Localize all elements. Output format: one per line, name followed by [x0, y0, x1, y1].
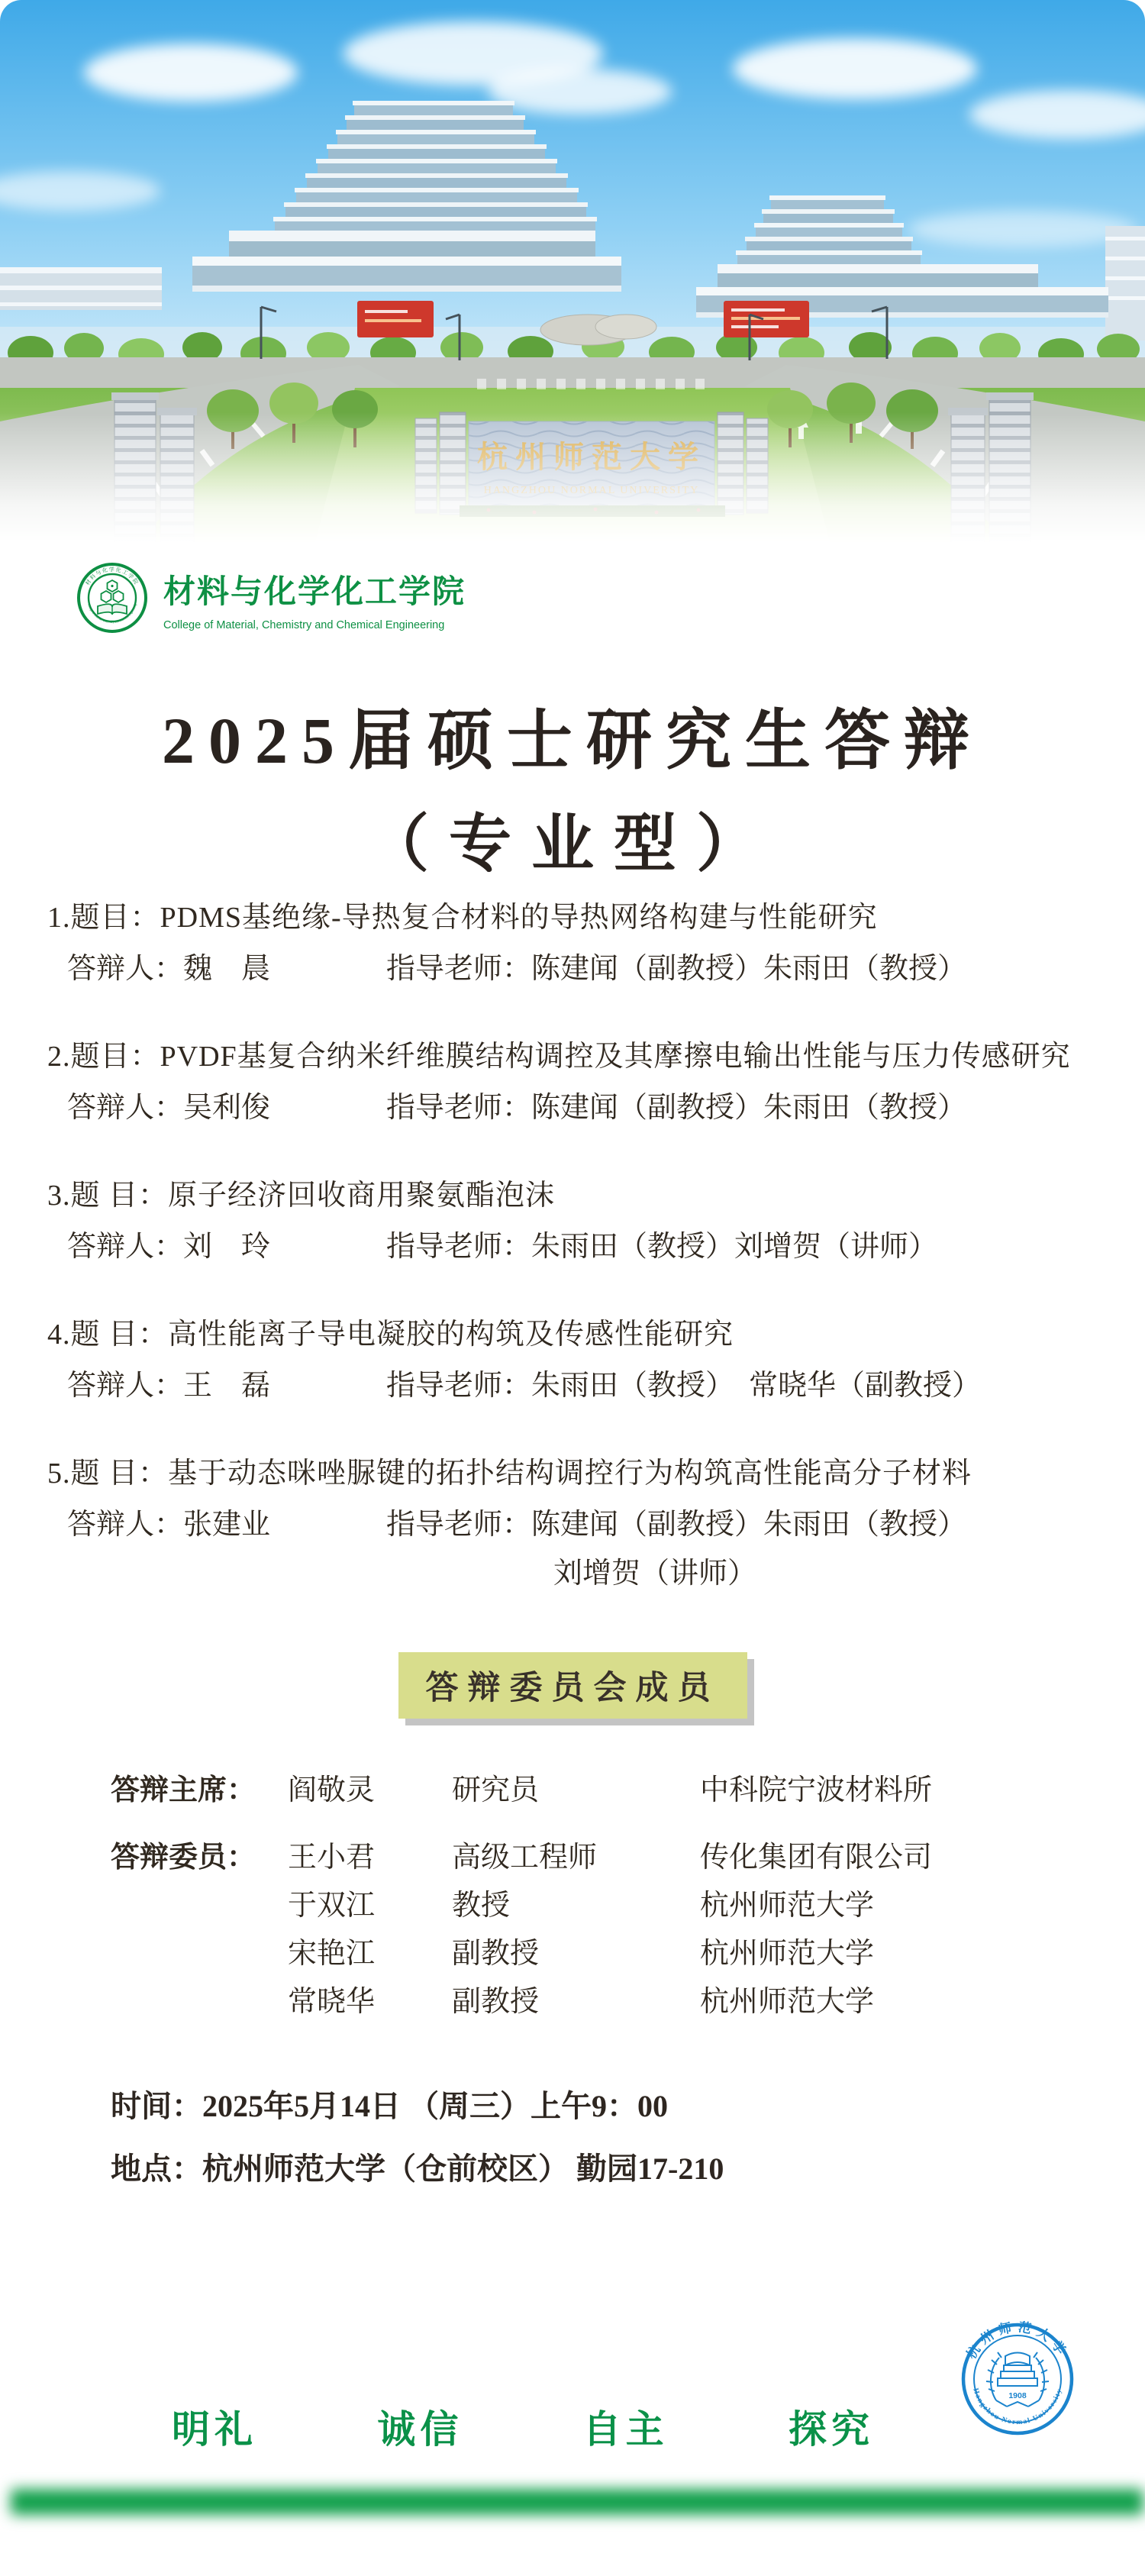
- open-book-icon: [98, 604, 127, 615]
- advisors-extra-line: 刘增贺（讲师）: [553, 1557, 1122, 1590]
- defender: 答辩人：张建业: [67, 1508, 386, 1541]
- motto-mingli: 明礼: [172, 2399, 257, 2454]
- topic-text: 基于动态咪唑脲键的拓扑结构调控行为构筑高性能高分子材料: [168, 1457, 972, 1490]
- member-name: 宋艳江: [288, 1938, 452, 1970]
- people-line: 答辩人：魏 晨 指导老师：陈建闻（副教授）朱雨田（教授）: [67, 952, 1122, 986]
- member-org: 杭州师范大学: [700, 1986, 874, 2018]
- chair-label: 答辩主席：: [111, 1774, 288, 1806]
- topic-line: 4.题 目：高性能离子导电凝胶的构筑及传感性能研究: [47, 1318, 1122, 1351]
- photo-fade: [0, 412, 1145, 580]
- member-name: 常晓华: [288, 1986, 452, 2018]
- committee-member-row: 常晓华 副教授 杭州师范大学: [111, 1986, 932, 2018]
- topic-line: 2.题目：PVDF基复合纳米纤维膜结构调控及其摩擦电输出性能与压力传感研究: [47, 1040, 1122, 1073]
- page-title-line1: 2025届硕士研究生答辩: [0, 687, 1145, 782]
- committee-table: 答辩主席： 阎敬灵 研究员 中科院宁波材料所 答辩委员： 王小君 高级工程师 传…: [111, 1774, 932, 2034]
- people-line: 答辩人：吴利俊 指导老师：陈建闻（副教授）朱雨田（教授）: [67, 1091, 1122, 1125]
- topic-label: 题 目：: [71, 1319, 169, 1351]
- defense-item-3: 3.题 目：原子经济回收商用聚氨酯泡沫 答辩人：刘 玲 指导老师：朱雨田（教授）…: [47, 1179, 1122, 1264]
- committee-member-row: 宋艳江 副教授 杭州师范大学: [111, 1938, 932, 1970]
- advisors: 指导老师：陈建闻（副教授）朱雨田（教授）: [386, 952, 966, 986]
- defender: 答辩人：王 磊: [67, 1369, 386, 1403]
- university-seal: 杭州师范大学 Hangzhou Normal University 1908: [960, 2321, 1076, 2437]
- college-logo: 材料与化学化工学院 College of Material, Chemistry…: [76, 562, 148, 634]
- defender: 答辩人：刘 玲: [67, 1230, 386, 1264]
- campus-photo-illustration: 杭州师范大学 HANGZHOU NORMAL UNIVERSITY: [0, 0, 1145, 580]
- topic-line: 3.题 目：原子经济回收商用聚氨酯泡沫: [47, 1179, 1122, 1212]
- building-far-left: [0, 267, 162, 310]
- defense-item-1: 1.题目：PDMS基绝缘-导热复合材料的导热网络构建与性能研究 答辩人：魏 晨 …: [47, 901, 1122, 986]
- page-title-line2: （专业型）: [0, 794, 1145, 883]
- ring-road: [0, 357, 1145, 388]
- time-row: 时间：2025年5月14日 （周三）上午9：00: [111, 2089, 724, 2124]
- topic-label: 题目：: [71, 902, 160, 934]
- red-banner-left: [357, 301, 434, 337]
- committee-chair-row: 答辩主席： 阎敬灵 研究员 中科院宁波材料所: [111, 1774, 932, 1806]
- committee-banner-wrap: 答辩委员会成员: [0, 1652, 1145, 1719]
- motto-tanjiu: 探究: [789, 2399, 874, 2454]
- people-line: 答辩人：王 磊 指导老师：朱雨田（教授） 常晓华（副教授）: [67, 1369, 1122, 1403]
- defender: 答辩人：魏 晨: [67, 952, 386, 986]
- defense-item-2: 2.题目：PVDF基复合纳米纤维膜结构调控及其摩擦电输出性能与压力传感研究 答辩…: [47, 1040, 1122, 1125]
- member-name: 于双江: [288, 1890, 452, 1922]
- advisors: 指导老师：朱雨田（教授） 常晓华（副教授）: [386, 1369, 981, 1403]
- member-org: 杭州师范大学: [700, 1890, 874, 1922]
- advisors: 指导老师：朱雨田（教授）刘增贺（讲师）: [386, 1230, 937, 1264]
- motto-chengxin: 诚信: [377, 2399, 463, 2454]
- motto-row: 明礼 诚信 自主 探究: [172, 2399, 874, 2454]
- topic-line: 5.题 目：基于动态咪唑脲键的拓扑结构调控行为构筑高性能高分子材料: [47, 1457, 1122, 1490]
- seal-year: 1908: [1008, 2391, 1027, 2400]
- topic-text: 高性能离子导电凝胶的构筑及传感性能研究: [168, 1319, 734, 1351]
- red-banner-right: [724, 301, 809, 337]
- member-title: 副教授: [452, 1938, 700, 1970]
- college-name-en: College of Material, Chemistry and Chemi…: [163, 619, 466, 631]
- member-label: [111, 1938, 288, 1970]
- college-names: 材料与化学化工学院 College of Material, Chemistry…: [163, 567, 466, 631]
- item-number: 5.: [47, 1457, 71, 1490]
- defense-item-4: 4.题 目：高性能离子导电凝胶的构筑及传感性能研究 答辩人：王 磊 指导老师：朱…: [47, 1318, 1122, 1403]
- chair-name: 阎敬灵: [288, 1774, 452, 1806]
- item-number: 4.: [47, 1319, 71, 1351]
- item-number: 3.: [47, 1180, 71, 1212]
- member-label: [111, 1986, 288, 2018]
- advisors: 指导老师：陈建闻（副教授）朱雨田（教授）: [386, 1091, 966, 1125]
- time-label: 时间：: [111, 2089, 202, 2123]
- committee-member-row: 于双江 教授 杭州师范大学: [111, 1890, 932, 1922]
- defense-list: 1.题目：PDMS基绝缘-导热复合材料的导热网络构建与性能研究 答辩人：魏 晨 …: [47, 901, 1122, 1645]
- bottom-green-bar: [11, 2489, 1143, 2515]
- time-value: 2025年5月14日 （周三）上午9：00: [202, 2089, 668, 2123]
- topic-text: PDMS基绝缘-导热复合材料的导热网络构建与性能研究: [160, 902, 878, 934]
- defender: 答辩人：吴利俊: [67, 1091, 386, 1125]
- advisors: 指导老师：陈建闻（副教授）朱雨田（教授）: [386, 1508, 966, 1541]
- defense-item-5: 5.题 目：基于动态咪唑脲键的拓扑结构调控行为构筑高性能高分子材料 答辩人：张建…: [47, 1457, 1122, 1590]
- college-name-cn: 材料与化学化工学院: [163, 567, 466, 612]
- defense-announcement-poster: 杭州师范大学 HANGZHOU NORMAL UNIVERSITY 材料与化学化…: [0, 0, 1145, 2576]
- item-number: 1.: [47, 902, 71, 934]
- item-number: 2.: [47, 1041, 71, 1073]
- chair-title: 研究员: [452, 1774, 700, 1806]
- page-title: 2025届硕士研究生答辩 （专业型）: [0, 687, 1145, 883]
- member-title: 副教授: [452, 1986, 700, 2018]
- topic-label: 题目：: [71, 1041, 160, 1073]
- topic-line: 1.题目：PDMS基绝缘-导热复合材料的导热网络构建与性能研究: [47, 901, 1122, 935]
- place-value: 杭州师范大学（仓前校区） 勤园17-210: [202, 2152, 724, 2186]
- topic-label: 题 目：: [71, 1457, 169, 1490]
- topic-text: PVDF基复合纳米纤维膜结构调控及其摩擦电输出性能与压力传感研究: [160, 1041, 1071, 1073]
- member-org: 杭州师范大学: [700, 1938, 874, 1970]
- building-far-right: [1105, 226, 1145, 341]
- schedule: 时间：2025年5月14日 （周三）上午9：00 地点：杭州师范大学（仓前校区）…: [111, 2089, 724, 2187]
- member-label: 答辩委员：: [111, 1842, 288, 1874]
- member-title: 高级工程师: [452, 1842, 700, 1874]
- campus-photo: 杭州师范大学 HANGZHOU NORMAL UNIVERSITY: [0, 0, 1145, 580]
- committee-member-row: 答辩委员： 王小君 高级工程师 传化集团有限公司: [111, 1842, 932, 1874]
- member-title: 教授: [452, 1890, 700, 1922]
- people-line: 答辩人：张建业 指导老师：陈建闻（副教授）朱雨田（教授）: [67, 1508, 1122, 1541]
- topic-label: 题 目：: [71, 1180, 169, 1212]
- people-line: 答辩人：刘 玲 指导老师：朱雨田（教授）刘增贺（讲师）: [67, 1230, 1122, 1264]
- chair-org: 中科院宁波材料所: [700, 1774, 932, 1806]
- motto-zizhu: 自主: [583, 2399, 669, 2454]
- place-row: 地点：杭州师范大学（仓前校区） 勤园17-210: [111, 2152, 724, 2187]
- member-name: 王小君: [288, 1842, 452, 1874]
- topic-text: 原子经济回收商用聚氨酯泡沫: [168, 1180, 555, 1212]
- place-label: 地点：: [111, 2152, 202, 2186]
- member-org: 传化集团有限公司: [700, 1842, 932, 1874]
- member-label: [111, 1890, 288, 1922]
- committee-banner: 答辩委员会成员: [398, 1652, 747, 1719]
